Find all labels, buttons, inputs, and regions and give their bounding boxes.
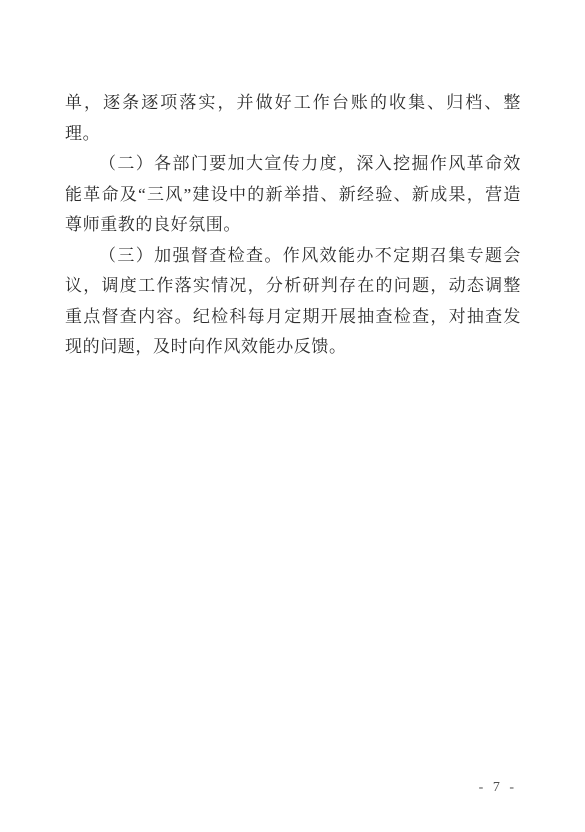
- document-page: 单，逐条逐项落实，并做好工作台账的收集、归档、整理。 （二）各部门要加大宣传力度…: [0, 0, 585, 832]
- paragraph-continuation: 单，逐条逐项落实，并做好工作台账的收集、归档、整理。: [65, 88, 521, 149]
- paragraph-item-3: （三）加强督查检查。作风效能办不定期召集专题会议，调度工作落实情况，分析研判存在…: [65, 241, 521, 363]
- document-body: 单，逐条逐项落实，并做好工作台账的收集、归档、整理。 （二）各部门要加大宣传力度…: [65, 88, 521, 363]
- paragraph-item-2: （二）各部门要加大宣传力度，深入挖掘作风革命效能革命及“三风”建设中的新举措、新…: [65, 149, 521, 241]
- page-number: - 7 -: [479, 780, 517, 796]
